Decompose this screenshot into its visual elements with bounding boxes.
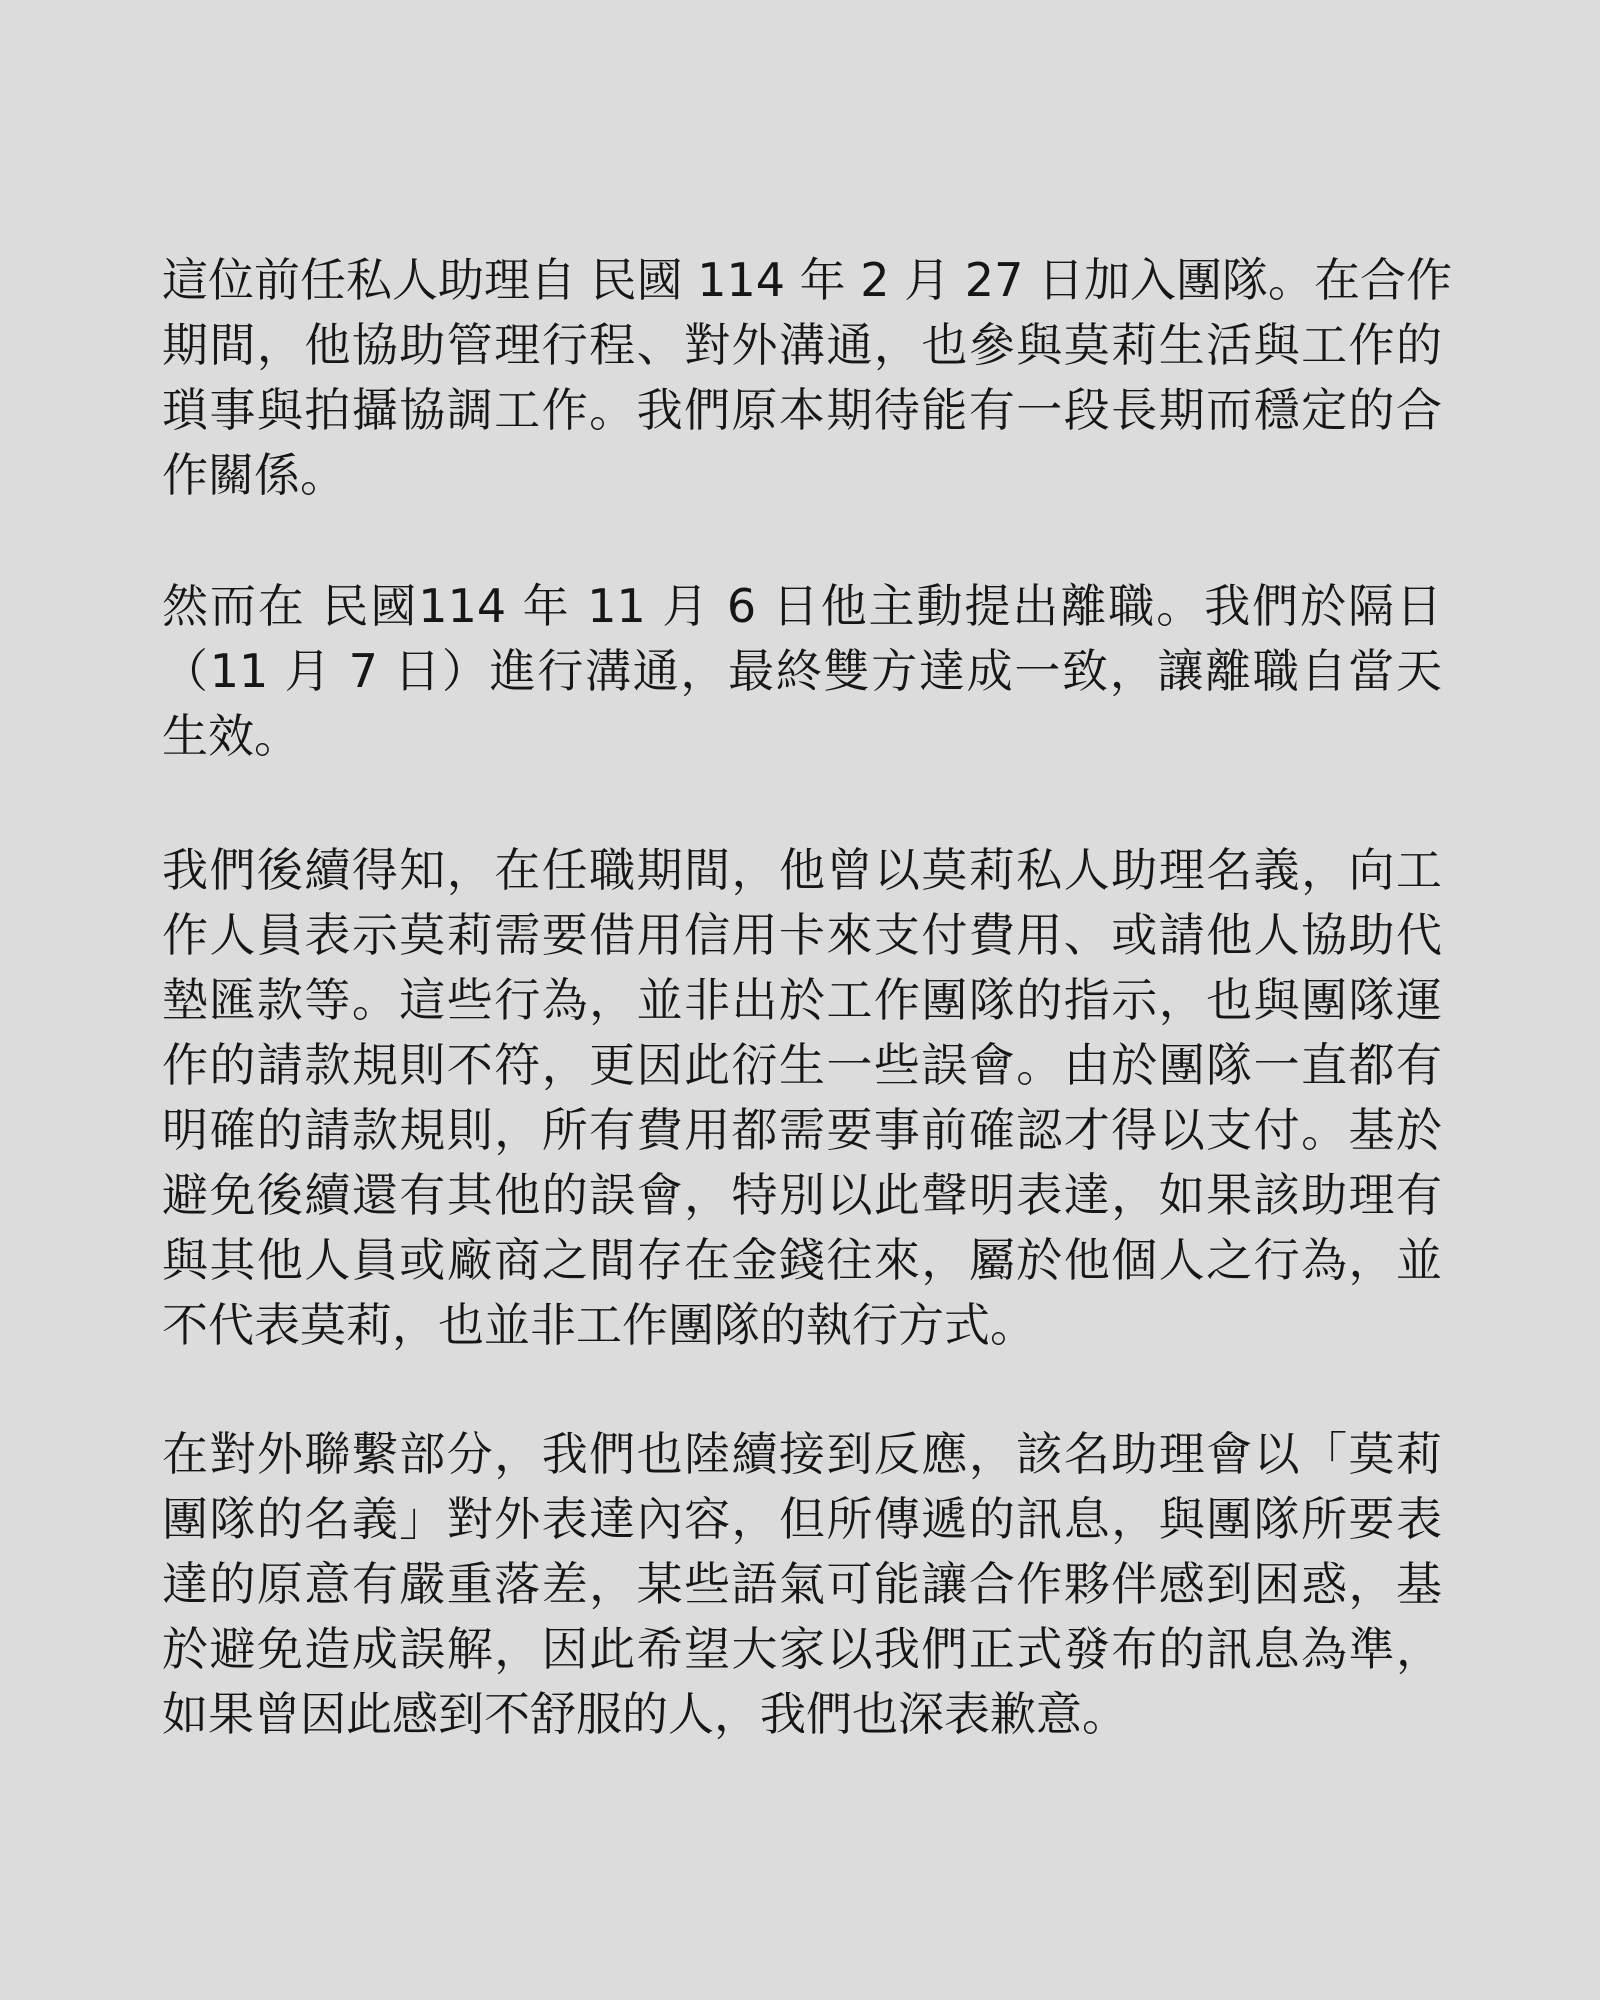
paragraph-line: 作的請款規則不符，更因此衍生一些誤會。由於團隊一直都有 (162, 1033, 1442, 1098)
paragraph-line: 作關係。 (162, 443, 1442, 508)
paragraph-external-communication: 在對外聯繫部分，我們也陸續接到反應，該名助理會以「莫莉 團隊的名義」對外表達內容… (162, 1422, 1442, 1747)
paragraph-line: 於避免造成誤解，因此希望大家以我們正式發布的訊息為準， (162, 1617, 1442, 1682)
paragraph-line: 避免後續還有其他的誤會，特別以此聲明表達，如果該助理有 (162, 1163, 1442, 1228)
paragraph-line: 瑣事與拍攝協調工作。我們原本期待能有一段長期而穩定的合 (162, 378, 1442, 443)
paragraph-line: 不代表莫莉，也並非工作團隊的執行方式。 (162, 1293, 1442, 1358)
paragraph-line: 生效。 (162, 704, 1442, 769)
paragraph-line: 然而在 民國114 年 11 月 6 日他主動提出離職。我們於隔日 (162, 574, 1442, 639)
paragraph-payment-issues: 我們後續得知，在任職期間，他曾以莫莉私人助理名義，向工 作人員表示莫莉需要借用信… (162, 838, 1442, 1358)
paragraph-resignation: 然而在 民國114 年 11 月 6 日他主動提出離職。我們於隔日 （11 月 … (162, 574, 1442, 769)
paragraph-joining: 這位前任私人助理自 民國 114 年 2 月 27 日加入團隊。在合作 期間，他… (162, 248, 1442, 508)
paragraph-line: 如果曾因此感到不舒服的人，我們也深表歉意。 (162, 1682, 1442, 1747)
paragraph-line: 團隊的名義」對外表達內容，但所傳遞的訊息，與團隊所要表 (162, 1487, 1442, 1552)
paragraph-line: 期間，他協助管理行程、對外溝通，也參與莫莉生活與工作的 (162, 313, 1442, 378)
paragraph-line: （11 月 7 日）進行溝通，最終雙方達成一致，讓離職自當天 (162, 639, 1442, 704)
paragraph-line: 我們後續得知，在任職期間，他曾以莫莉私人助理名義，向工 (162, 838, 1442, 903)
paragraph-line: 在對外聯繫部分，我們也陸續接到反應，該名助理會以「莫莉 (162, 1422, 1442, 1487)
paragraph-line: 達的原意有嚴重落差，某些語氣可能讓合作夥伴感到困惑，基 (162, 1552, 1442, 1617)
paragraph-line: 墊匯款等。這些行為，並非出於工作團隊的指示，也與團隊運 (162, 968, 1442, 1033)
paragraph-line: 明確的請款規則，所有費用都需要事前確認才得以支付。基於 (162, 1098, 1442, 1163)
paragraph-line: 與其他人員或廠商之間存在金錢往來，屬於他個人之行為，並 (162, 1228, 1442, 1293)
paragraph-line: 這位前任私人助理自 民國 114 年 2 月 27 日加入團隊。在合作 (162, 248, 1442, 313)
paragraph-line: 作人員表示莫莉需要借用信用卡來支付費用、或請他人協助代 (162, 903, 1442, 968)
